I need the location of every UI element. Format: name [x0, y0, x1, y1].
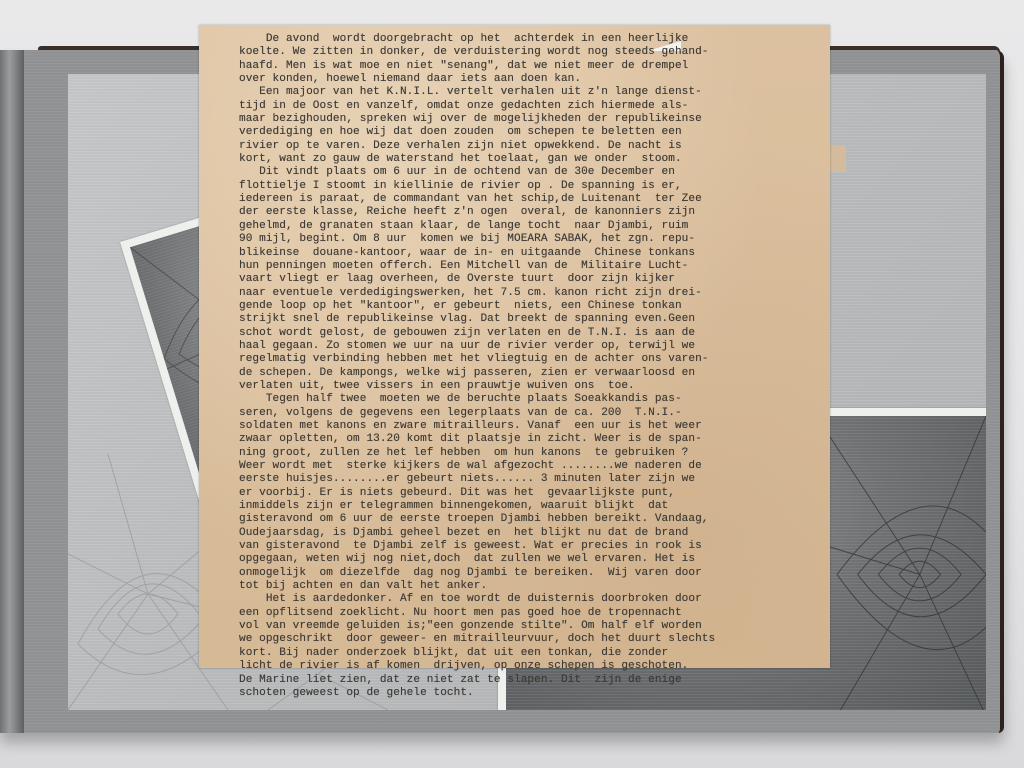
- text-line: Weer wordt met sterke kijkers de wal afg…: [239, 460, 809, 473]
- text-line: van gisteravond te Djambi zelf is gewees…: [239, 540, 809, 553]
- text-line: schoten geweest op de gehele tocht.: [239, 687, 809, 700]
- text-line: flottielje I stoomt in kiellinie de rivi…: [239, 180, 809, 193]
- text-line: naar eventuele verdedigingswerken, het 7…: [239, 287, 809, 300]
- text-line: vaart vliegt er laag overheen, de Overst…: [239, 273, 809, 286]
- text-line: maar bezighouden, spreken wij over de mo…: [239, 113, 809, 126]
- text-line: ning groot, zullen ze het lef hebben om …: [239, 447, 809, 460]
- text-line: Dit vindt plaats om 6 uur in de ochtend …: [239, 166, 809, 179]
- text-line: een opflitsend zoeklicht. Nu hoort men p…: [239, 607, 809, 620]
- text-line: regelmatig verbinding hebben met het vli…: [239, 353, 809, 366]
- text-line: er voorbij. Er is niets gebeurd. Dit was…: [239, 487, 809, 500]
- text-line: seren, volgens de gegevens een legerplaa…: [239, 407, 809, 420]
- text-line: soldaten met kanons en zware mitrailleur…: [239, 420, 809, 433]
- text-line: iedereen is paraat, de commandant van he…: [239, 193, 809, 206]
- text-line: inmiddels zijn er telegrammen binnengeko…: [239, 500, 809, 513]
- text-line: De Marine liet zien, dat ze niet zat te …: [239, 674, 809, 687]
- text-line: der eerste klasse, Reiche heeft z'n ogen…: [239, 206, 809, 219]
- text-line: opgegaan, weten wij nog niet,doch dat zu…: [239, 553, 809, 566]
- text-line: blikeinse douane-kantoor, waar de in- en…: [239, 247, 809, 260]
- typewritten-clipping: De avond wordt doorgebracht op het achte…: [199, 25, 830, 668]
- text-line: De avond wordt doorgebracht op het achte…: [239, 33, 809, 46]
- text-line: Een majoor van het K.N.I.L. vertelt verh…: [239, 86, 809, 99]
- text-line: haafd. Men is wat moe en niet "senang", …: [239, 60, 809, 73]
- text-line: we opgeschrikt door geweer- en mitraille…: [239, 633, 809, 646]
- text-line: Oudejaarsdag, is Djambi geheel bezet en …: [239, 527, 809, 540]
- text-line: verlaten uit, twee vissers in een prauwt…: [239, 380, 809, 393]
- text-line: tot bij achten en dan valt het anker.: [239, 580, 809, 593]
- text-line: zwaar opletten, om 13.20 komt dit plaats…: [239, 433, 809, 446]
- text-line: rivier op te varen. Deze verhalen zijn n…: [239, 140, 809, 153]
- paper-scrap: [830, 146, 846, 172]
- text-line: strijkt snel de republikeinse vlag. Dat …: [239, 313, 809, 326]
- text-line: Tegen half twee moeten we de beruchte pl…: [239, 393, 809, 406]
- text-line: schot wordt gelost, de gebouwen zijn ver…: [239, 327, 809, 340]
- text-line: verdediging en hoe wij dat doen zouden o…: [239, 126, 809, 139]
- text-line: vol van vreemde geluiden is;"een gonzend…: [239, 620, 809, 633]
- text-line: Het is aardedonker. Af en toe wordt de d…: [239, 593, 809, 606]
- text-line: gende loop op het "kantoor", er gebeurt …: [239, 300, 809, 313]
- text-line: licht de rivier is af komen drijven, op …: [239, 660, 809, 673]
- album-spine: [0, 50, 25, 733]
- text-line: 90 mijl, begint. Om 8 uur komen we bij M…: [239, 233, 809, 246]
- text-line: gisteravond om 6 uur de eerste troepen D…: [239, 513, 809, 526]
- typewritten-text: De avond wordt doorgebracht op het achte…: [239, 33, 809, 700]
- text-line: hun penningen moeten offerch. Een Mitche…: [239, 260, 809, 273]
- text-line: over konden, hoewel niemand daar iets aa…: [239, 73, 809, 86]
- text-line: koelte. We zitten in donker, de verduist…: [239, 46, 809, 59]
- text-line: eerste huisjes........er gebeurt niets..…: [239, 473, 809, 486]
- text-line: tijd in de Oost en vanzelf, omdat onze g…: [239, 100, 809, 113]
- text-line: de schepen. De kampongs, welke wij passe…: [239, 367, 809, 380]
- text-line: kort. Bij nader onderzoek blijkt, dat ui…: [239, 647, 809, 660]
- text-line: haal gegaan. Zo stomen we uur na uur de …: [239, 340, 809, 353]
- text-line: gehelmd, de granaten staan klaar, de lan…: [239, 220, 809, 233]
- text-line: kort, want zo gauw de waterstand het toe…: [239, 153, 809, 166]
- text-line: onmogelijk om diezelfde dag nog Djambi t…: [239, 567, 809, 580]
